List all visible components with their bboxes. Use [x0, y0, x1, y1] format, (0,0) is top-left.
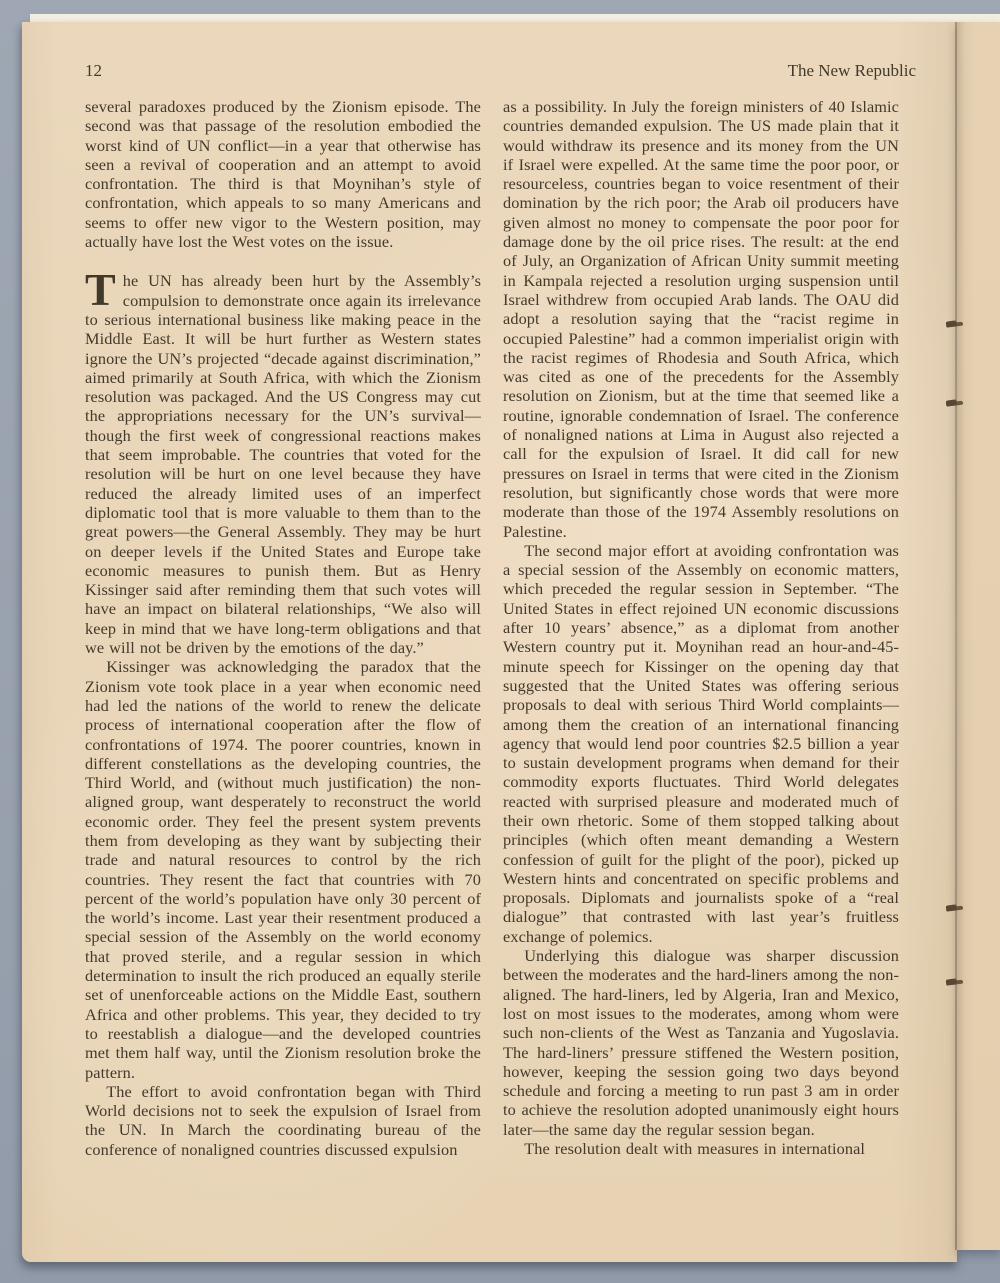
body-paragraph: The second major effort at avoiding conf…: [503, 541, 899, 946]
page-content: 12 The New Republic several paradoxes pr…: [22, 22, 957, 1159]
body-paragraph: Kissinger was acknowledging the paradox …: [85, 657, 481, 1082]
body-paragraph: as a possibility. In July the foreign mi…: [503, 97, 899, 541]
body-paragraph: The UN has already been hurt by the Asse…: [85, 271, 481, 657]
body-paragraph: Underlying this dialogue was sharper dis…: [503, 946, 899, 1139]
text-columns: several paradoxes produced by the Zionis…: [85, 97, 916, 1159]
body-paragraph: several paradoxes produced by the Zionis…: [85, 97, 481, 251]
dropcap-letter: T: [85, 271, 123, 306]
adjacent-page-edge: [957, 22, 1000, 1250]
page-number: 12: [85, 62, 102, 80]
right-column: as a possibility. In July the foreign mi…: [503, 97, 899, 1159]
body-paragraph: The resolution dealt with measures in in…: [503, 1139, 899, 1158]
body-paragraph: The effort to avoid confrontation began …: [85, 1082, 481, 1159]
left-column: several paradoxes produced by the Zionis…: [85, 97, 481, 1159]
publication-title: The New Republic: [788, 62, 916, 80]
page-header: 12 The New Republic: [85, 62, 916, 80]
